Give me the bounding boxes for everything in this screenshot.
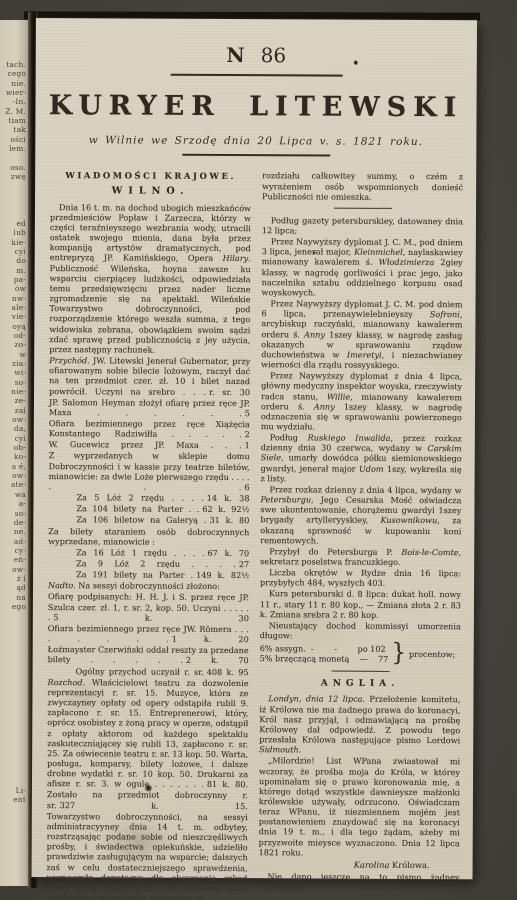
paragraph: Podług gazety petersburskiey, datowaney …: [262, 215, 463, 236]
previous-page-text-fragments: tach. cego nie. wier- -In. Z. M. tiam ta…: [5, 60, 26, 611]
dateline: w Wilnie we Srzodę dnia 20 Lipca v. s. 1…: [35, 134, 476, 148]
ledger-amount: 27: [239, 559, 249, 569]
ledger-entry: Ofiara bezimiennego przez ręce Xiążęcia …: [49, 418, 250, 439]
ledger-entry: Za 191 bilety na Parter .149 k. 82½: [48, 569, 249, 580]
ledger-amount: 2: [245, 429, 250, 439]
paragraph: Przez Naywyższy dyplomat z dnia 4 lipca,…: [261, 370, 462, 432]
section-heading: WIADOMOŚCI KRAJOWE.: [50, 170, 251, 181]
ink-blot: [144, 785, 153, 792]
divider-rule: [334, 207, 392, 208]
ledger-amount: r. sr. 30: [209, 386, 250, 396]
ledger-amount: 31 k. 80: [209, 515, 249, 525]
ledger-entry: Łoźmayster Czerwiński oddał reszty za pr…: [48, 644, 249, 665]
ledger-entry: Ofiarę podpisanych: H. H. J. i S. przez …: [48, 592, 249, 624]
right-column: rozdziału całkowitey summy, o czém z wyr…: [258, 171, 463, 900]
ledger-entry: Za 16 Lóż 1 rzędu . . . .67 k. 70: [48, 547, 249, 558]
paragraph: Liczba okrętów w Rydze dnia 16 lipca: pr…: [260, 567, 461, 588]
newspaper-title: KURYER LITEWSKI: [35, 90, 476, 123]
paragraph: Dnia 16 t. m. na dochod ubogich mieszkań…: [49, 202, 251, 355]
paragraph: Podług Ruskiego Inwalida, przez rozkaz d…: [261, 432, 462, 484]
paragraph: Kurs petersburski d. 8 lipca: dukat holl…: [260, 589, 461, 621]
ledger-entry: JP. Salomon Heyman złożył ofiarę przez r…: [49, 397, 250, 418]
article-columns: WIADOMOŚCI KRAJOWE.WILNO.Dnia 16 t. m. n…: [31, 155, 476, 900]
ledger-amount: 327 k. 15.: [60, 800, 248, 811]
ledger-amount: 6: [244, 482, 249, 492]
paragraph: Nie dano jeszcze na to pismo żadney odpo…: [258, 871, 459, 892]
ledger-entry: Ogólny przychod uczynił r. sr.408 k. 95: [48, 666, 249, 677]
ledger-entry: Przychód. JW. Litewski Jenerał Gubernato…: [49, 355, 250, 397]
previous-page-strip: tach. cego nie. wier- -In. Z. M. tiam ta…: [0, 20, 30, 886]
ledger-amount: 14 k. 38: [207, 493, 250, 503]
section-heading: ANGLIA.: [259, 678, 460, 689]
ledger-entry: Zostało na przedmiot dobroczynny r. sr.3…: [47, 790, 248, 811]
issue-value: 86: [261, 43, 287, 67]
ledger-amount: 5 k. 30: [53, 612, 248, 623]
masthead-rule: [170, 74, 342, 77]
ledger-entry: Z wyprzedanych w sklepie domu Dobroczynn…: [49, 451, 250, 493]
ledger-amount: 1: [245, 440, 250, 450]
issue-number: N 86: [36, 42, 477, 68]
ledger-entry: Za 9 Lóż 2 rzędu . . . .27: [48, 558, 249, 569]
paragraph: Przez rozkaz dzienny z dnia 4 lipca, wyd…: [260, 484, 461, 546]
paragraph: Nadto. Na sessyi dobroczynności złożono:: [48, 580, 249, 591]
ledger-amount: 408 k. 95: [207, 666, 249, 676]
ledger-amount: 2 k. 70: [186, 655, 249, 665]
divider-rule: [331, 671, 389, 672]
previous-page-text-fragments-bottom: Li- ent: [13, 786, 26, 805]
paragraph: Przez Naywyższy dyplomat J. C. M. pod dn…: [261, 298, 462, 370]
paragraph: Towarzystwo dobroczynności, na sessyi ad…: [46, 811, 247, 900]
newspaper-page: N 86 KURYER LITEWSKI w Wilnie we Srzodę …: [32, 18, 477, 879]
paragraph: Londyn, dnia 12 lipca. Przełożenie komit…: [259, 694, 460, 756]
paragraph: Za bilety staraniem osób dobroczynnych w…: [48, 526, 249, 547]
paragraph: Przez Naywyższy dyplomat J. C. M., pod d…: [262, 236, 463, 298]
paragraph: Nieustający dochod kommissyi umorzenia d…: [260, 620, 461, 641]
ledger-entry: W. Gucewicz przez JP. Maxa . . .1: [49, 439, 250, 450]
interest-rate-note: 6% assygn. - - po 1025% brzęczącą monetą…: [260, 641, 461, 665]
ledger-amount: 1 k. 20: [172, 634, 249, 644]
paragraph: rozdziału całkowitey summy, o czém z wyr…: [262, 171, 463, 203]
ink-blot: [313, 251, 316, 254]
masthead: N 86 KURYER LITEWSKI w Wilnie we Srzodę …: [35, 18, 477, 158]
ledger-amount: 81 k. 80.: [207, 779, 248, 789]
issue-label: N: [226, 43, 245, 67]
city-heading: WILNO.: [50, 186, 251, 197]
brace-glyph: }: [391, 642, 406, 666]
ink-blot: [354, 60, 358, 66]
ledger-entry: Rozchod. Właścicielowi teatru za dozwole…: [47, 677, 249, 790]
ledger-entry: Za 104 bilety na Parter . .62 k. 92½: [48, 503, 249, 514]
signature-line: Karolina Królowa.: [259, 859, 460, 870]
ledger-amount: 62 k. 92½: [202, 504, 249, 514]
ledger-entry: Za 5 Lóż 2 rzędu . . . .14 k. 38: [48, 492, 249, 503]
scan-background: tach. cego nie. wier- -In. Z. M. tiam ta…: [0, 0, 517, 900]
ledger-amount: 5: [245, 408, 250, 418]
ledger-entry: Ofiara bezimiennego przez ręce JW. Römer…: [48, 623, 249, 644]
ledger-amount: 149 k. 82½: [196, 570, 249, 580]
paragraph: Przybył do Petersburga P. Bois-le-Comte,…: [260, 546, 461, 567]
ledger-amount: 67 k. 70: [208, 548, 250, 558]
paragraph: „Milordzie! List WPana zwiastował mi wcz…: [259, 756, 461, 859]
ledger-entry: Za 106 biletow na Galeryą .31 k. 80: [48, 514, 249, 525]
